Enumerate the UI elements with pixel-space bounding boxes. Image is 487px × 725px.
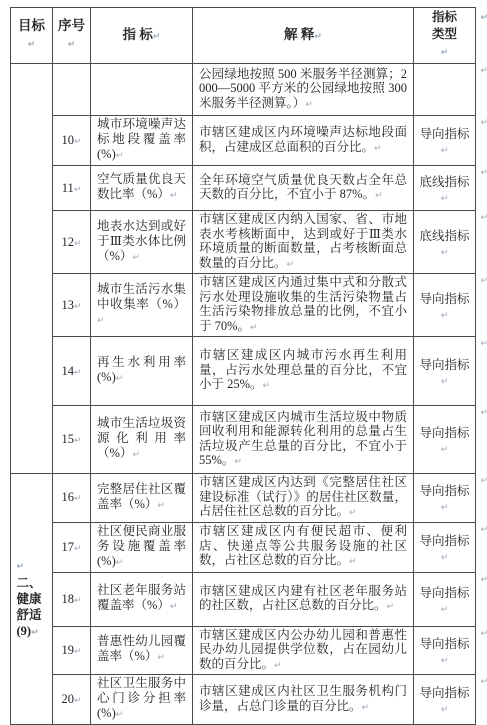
table-row: 13↵ 城市生活污水集中收集率（%）↵ 市辖区建成区内通过集中式和分散式污水处理… bbox=[11, 274, 476, 337]
table-row: 公园绿地按照 500 米服务半径测算；2000—5000 平方米的公园绿地按照 … bbox=[11, 64, 476, 116]
indicator-cell: 社区便民商业服务设施覆盖率(%)↵ bbox=[91, 522, 193, 572]
explanation-cell: 市辖区建成区内环境噪声达标地段面积，占建成区总面积的百分比。↵ bbox=[193, 116, 414, 166]
explanation-cell: 市辖区建成区内通过集中式和分散式污水处理设施收集的生活污染物量占生活污染物排放总… bbox=[193, 274, 414, 337]
table-header-row: 目标↵ 序号↵ 指 标↵ 解 释↵ 指标类型↵↵ bbox=[11, 8, 476, 64]
table-row: 15↵ 城市生活垃圾资源化利用率（%）↵ 市辖区建成区内城市生活垃圾中物质回收利… bbox=[11, 406, 476, 474]
indicator-table: 目标↵ 序号↵ 指 标↵ 解 释↵ 指标类型↵↵ 公园绿地按照 500 米服务半… bbox=[10, 7, 476, 725]
explanation-cell: 市辖区建成区内建有社区老年服务站的社区数，占社区总数的百分比。↵ bbox=[193, 572, 414, 626]
no-cell: 14↵ bbox=[53, 337, 91, 406]
type-cell: ↵ bbox=[414, 64, 476, 116]
table-row: 11↵ 空气质量优良天数比率（%）↵ 全年环境空气质量优良天数占全年总天数的百分… bbox=[11, 166, 476, 211]
explanation-cell: 市辖区建成区内达到《完整居住社区建设标准（试行）》的居住社区数量，占居住社区总数… bbox=[193, 474, 414, 523]
goal-cell-empty bbox=[11, 64, 53, 474]
explanation-cell: 市辖区建成区内有便民超市、便利店、快递点等公共服务设施的社区数，占社区总数的百分… bbox=[193, 522, 414, 572]
row-end-mark: ↵ bbox=[480, 168, 487, 178]
header-explanation: 解 释↵ bbox=[193, 8, 414, 64]
row-end-mark: ↵ bbox=[480, 525, 487, 535]
no-cell: 13↵ bbox=[53, 274, 91, 337]
type-cell: 导向指标↵↵ bbox=[414, 626, 476, 675]
explanation-cell: 市辖区建成区内纳入国家、省、市地表水考核断面中，达到或好于Ⅲ类水环境质量的断面数… bbox=[193, 211, 414, 274]
table-row: 18↵ 社区老年服务站覆盖率（%）↵ 市辖区建成区内建有社区老年服务站的社区数，… bbox=[11, 572, 476, 626]
row-end-mark: ↵ bbox=[480, 677, 487, 687]
explanation-cell: 市辖区建成区内公办幼儿园和普惠性民办幼儿园提供学位数，占在园幼儿数的百分比。↵ bbox=[193, 626, 414, 675]
row-end-mark: ↵ bbox=[480, 476, 487, 486]
table-row: 10↵ 城市环境噪声达标地段覆盖率(%)↵ 市辖区建成区内环境噪声达标地段面积，… bbox=[11, 116, 476, 166]
explanation-cell: 全年环境空气质量优良天数占全年总天数的百分比，不宜小于 87%。↵ bbox=[193, 166, 414, 211]
type-cell: 导向指标↵↵ bbox=[414, 337, 476, 406]
table-row: 17↵ 社区便民商业服务设施覆盖率(%)↵ 市辖区建成区内有便民超市、便利店、快… bbox=[11, 522, 476, 572]
document-table-page: 目标↵ 序号↵ 指 标↵ 解 释↵ 指标类型↵↵ 公园绿地按照 500 米服务半… bbox=[10, 7, 476, 725]
table-row: 19↵ 普惠性幼儿园覆盖率（%）↵ 市辖区建成区内公办幼儿园和普惠性民办幼儿园提… bbox=[11, 626, 476, 675]
indicator-cell bbox=[91, 64, 193, 116]
header-indicator: 指 标↵ bbox=[91, 8, 193, 64]
table-row: 14↵ 再生水利用率(%)↵ 市辖区建成区内城市污水再生利用量，占污水处理总量的… bbox=[11, 337, 476, 406]
table-row: 20↵ 社区卫生服务中心门诊分担率(%)↵ 市辖区建成区内社区卫生服务机构门诊量… bbox=[11, 675, 476, 725]
indicator-cell: 城市环境噪声达标地段覆盖率(%)↵ bbox=[91, 116, 193, 166]
row-end-mark: ↵ bbox=[480, 276, 487, 286]
type-cell: 底线指标↵↵ bbox=[414, 166, 476, 211]
header-no: 序号↵ bbox=[53, 8, 91, 64]
indicator-cell: 完整居住社区覆盖率（%）↵ bbox=[91, 474, 193, 523]
row-end-mark: ↵ bbox=[480, 575, 487, 585]
no-cell: 19↵ bbox=[53, 626, 91, 675]
no-cell bbox=[53, 64, 91, 116]
no-cell: 20↵ bbox=[53, 675, 91, 725]
row-end-mark: ↵ bbox=[480, 10, 487, 27]
no-cell: 10↵ bbox=[53, 116, 91, 166]
type-cell: 导向指标↵↵ bbox=[414, 675, 476, 725]
no-cell: 16↵ bbox=[53, 474, 91, 523]
header-goal: 目标↵ bbox=[11, 8, 53, 64]
indicator-cell: 再生水利用率(%)↵ bbox=[91, 337, 193, 406]
indicator-cell: 社区老年服务站覆盖率（%）↵ bbox=[91, 572, 193, 626]
indicator-cell: 城市生活垃圾资源化利用率（%）↵ bbox=[91, 406, 193, 474]
type-cell: 导向指标↵↵ bbox=[414, 474, 476, 523]
no-cell: 11↵ bbox=[53, 166, 91, 211]
row-end-mark: ↵ bbox=[480, 66, 487, 76]
type-cell: 导向指标↵↵ bbox=[414, 274, 476, 337]
no-cell: 18↵ bbox=[53, 572, 91, 626]
row-end-mark: ↵ bbox=[480, 408, 487, 418]
table-row: 12↵ 地表水达到或好于Ⅲ类水体比例（%）↵ 市辖区建成区内纳入国家、省、市地表… bbox=[11, 211, 476, 274]
indicator-cell: 社区卫生服务中心门诊分担率(%)↵ bbox=[91, 675, 193, 725]
row-end-mark: ↵ bbox=[480, 629, 487, 639]
no-cell: 17↵ bbox=[53, 522, 91, 572]
row-end-mark: ↵ bbox=[480, 118, 487, 128]
indicator-cell: 城市生活污水集中收集率（%）↵ bbox=[91, 274, 193, 337]
header-type: 指标类型↵↵ bbox=[414, 8, 476, 64]
type-cell: 导向指标↵↵ bbox=[414, 572, 476, 626]
goal-cell-health-comfort: ↵二、健康舒适(9)↵ bbox=[11, 474, 53, 725]
row-end-mark: ↵ bbox=[480, 213, 487, 223]
type-cell: 导向指标↵↵ bbox=[414, 116, 476, 166]
indicator-cell: 普惠性幼儿园覆盖率（%）↵ bbox=[91, 626, 193, 675]
row-end-mark: ↵ bbox=[480, 339, 487, 349]
no-cell: 12↵ bbox=[53, 211, 91, 274]
explanation-cell: 市辖区建成区内城市污水再生利用量，占污水处理总量的百分比，不宜小于 25%。↵ bbox=[193, 337, 414, 406]
type-cell: 导向指标↵↵ bbox=[414, 406, 476, 474]
indicator-cell: 地表水达到或好于Ⅲ类水体比例（%）↵ bbox=[91, 211, 193, 274]
no-cell: 15↵ bbox=[53, 406, 91, 474]
table-row: ↵二、健康舒适(9)↵ 16↵ 完整居住社区覆盖率（%）↵ 市辖区建成区内达到《… bbox=[11, 474, 476, 523]
explanation-cell: 市辖区建成区内社区卫生服务机构门诊量，占总门诊量的百分比。↵ bbox=[193, 675, 414, 725]
indicator-cell: 空气质量优良天数比率（%）↵ bbox=[91, 166, 193, 211]
explanation-cell: 市辖区建成区内城市生活垃圾中物质回收利用和能源转化利用的总量占生活垃圾产生总量的… bbox=[193, 406, 414, 474]
explanation-cell: 公园绿地按照 500 米服务半径测算；2000—5000 平方米的公园绿地按照 … bbox=[193, 64, 414, 116]
type-cell: 底线指标↵↵ bbox=[414, 211, 476, 274]
document-page: { "marks": { "pilcrow": "↵" }, "table": … bbox=[0, 0, 487, 670]
type-cell: 导向指标↵↵ bbox=[414, 522, 476, 572]
